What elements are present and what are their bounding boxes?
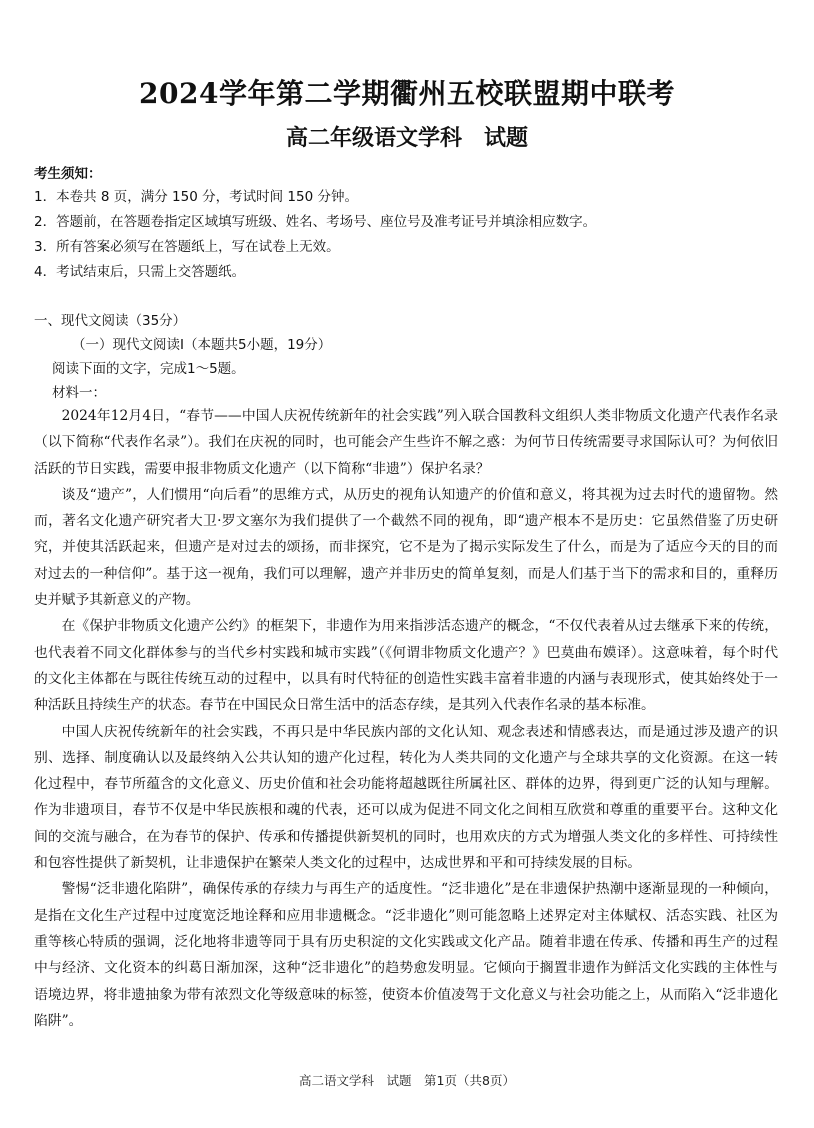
notice-item: 2．答题前，在答题卷指定区域填写班级、姓名、考场号、座位号及准考证号并填涂相应数… xyxy=(34,210,596,235)
candidate-notice: 考生须知： 1．本卷共 8 页，满分 150 分，考试时间 150 分钟。 2．… xyxy=(34,163,596,285)
subject-label: 高二年级语文学科 xyxy=(286,125,462,151)
paragraph: 警惕“泛非遗化陷阱”，确保传承的存续力与再生产的适度性。“泛非遗化”是在非遗保护… xyxy=(34,876,778,1034)
paragraph: 在《保护非物质文化遗产公约》的框架下，非遗作为用来指涉活态遗产的概念，“不仅代表… xyxy=(34,613,778,718)
paragraph: 2024年12月4日，“春节——中国人庆祝传统新年的社会实践”列入联合国教科文组… xyxy=(34,403,778,482)
section-heading: 一、现代文阅读（35分） xyxy=(34,309,186,333)
subsection-heading: （一）现代文阅读Ⅰ（本题共5小题，19分） xyxy=(72,333,331,357)
notice-heading: 考生须知： xyxy=(34,163,596,185)
paper-kind-label: 试题 xyxy=(484,125,528,151)
material-label: 材料一： xyxy=(52,381,106,405)
reading-instruction: 阅读下面的文字，完成1～5题。 xyxy=(52,357,245,381)
notice-item: 4．考试结束后，只需上交答题纸。 xyxy=(34,260,596,285)
exam-subtitle: 高二年级语文学科试题 xyxy=(0,121,814,152)
notice-item: 3．所有答案必须写在答题纸上，写在试卷上无效。 xyxy=(34,235,596,260)
passage-body: 2024年12月4日，“春节——中国人庆祝传统新年的社会实践”列入联合国教科文组… xyxy=(34,403,778,1034)
paragraph: 中国人庆祝传统新年的社会实践，不再只是中华民族内部的文化认知、观念表述和情感表达… xyxy=(34,719,778,877)
page-footer: 高二语文学科 试题 第1页（共8页） xyxy=(0,1071,814,1089)
paragraph: 谈及“遗产”，人们惯用“向后看”的思维方式，从历史的视角认知遗产的价值和意义，将… xyxy=(34,482,778,613)
notice-item: 1．本卷共 8 页，满分 150 分，考试时间 150 分钟。 xyxy=(34,185,596,210)
exam-title: 2024学年第二学期衢州五校联盟期中联考 xyxy=(0,72,814,112)
